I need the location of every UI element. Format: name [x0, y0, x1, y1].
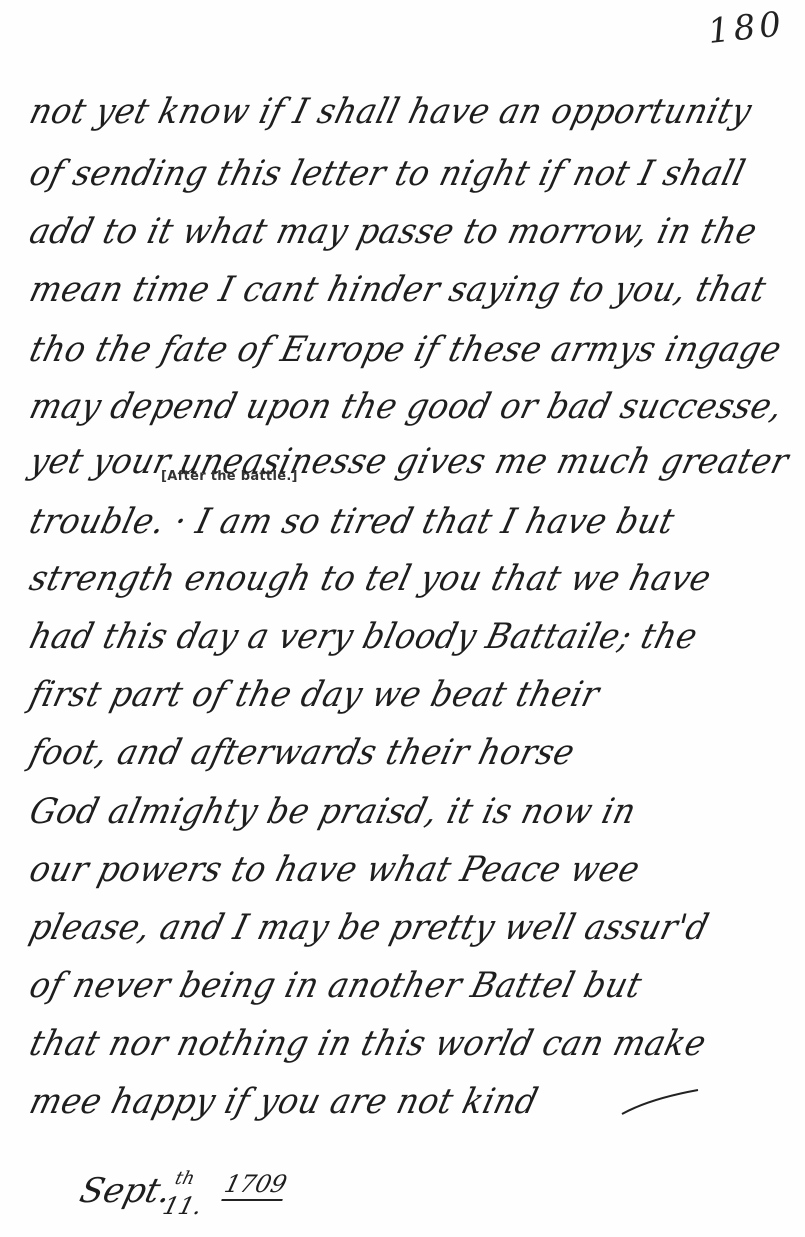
letter-page: 180 not yet know if I shall have an oppo… — [0, 0, 805, 1237]
letter-line: mee happy if you are not kind — [26, 1085, 541, 1120]
printed-annotation: [After the battle.] — [161, 469, 298, 484]
date-day: 11. — [160, 1192, 205, 1220]
letter-line: had this day a very bloody Battaile; the — [26, 620, 701, 655]
date-year: 1709 — [221, 1170, 290, 1201]
letter-line: not yet know if I shall have an opportun… — [26, 95, 755, 130]
date-month: Sept. — [76, 1171, 176, 1211]
letter-line: may depend upon the good or bad successe… — [26, 390, 786, 425]
letter-line: first part of the day we beat their — [26, 678, 603, 713]
letter-line: strength enough to tel you that we have — [26, 562, 714, 597]
letter-line: trouble. · I am so tired that I have but — [26, 505, 678, 540]
letter-line: tho the fate of Europe if these armys in… — [26, 333, 785, 368]
letter-line: that nor nothing in this world can make — [26, 1027, 709, 1062]
date-superscript: th — [173, 1168, 197, 1189]
letter-line: foot, and afterwards their horse — [26, 736, 578, 771]
page-number: 180 — [706, 4, 787, 52]
letter-line: yet your uneasinesse gives me much great… — [26, 445, 792, 480]
letter-line: our powers to have what Peace wee — [26, 853, 643, 888]
letter-line: of sending this letter to night if not I… — [26, 157, 748, 192]
letter-line: mean time I cant hinder saying to you, t… — [26, 273, 769, 308]
letter-line: add to it what may passe to morrow, in t… — [26, 215, 760, 250]
letter-line: please, and I may be pretty well assur'd — [26, 911, 712, 946]
pen-flourish-icon — [620, 1088, 700, 1118]
letter-date: Sept.th11.1709 — [74, 1168, 291, 1220]
letter-line: of never being in another Battel but — [26, 969, 645, 1004]
letter-line: God almighty be praisd, it is now in — [26, 795, 639, 830]
